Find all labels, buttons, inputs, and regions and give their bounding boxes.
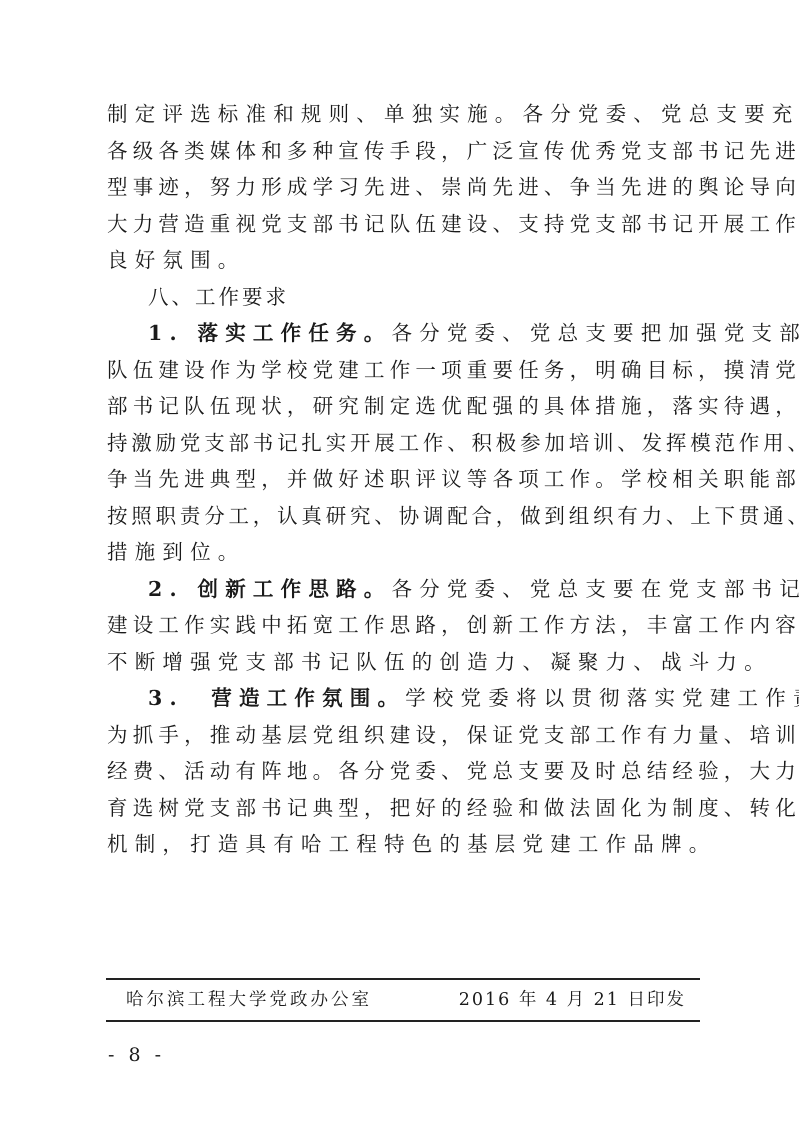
- footer-bottom-rule: [106, 1020, 700, 1022]
- item-1-text: 各分党委、党总支要把加强党支部书记: [391, 321, 799, 345]
- footer-row: 哈尔滨工程大学党政办公室 2016 年 4 月 21 日印发: [126, 984, 686, 1016]
- item-1-first-line: 1. 落实工作任务。各分党委、党总支要把加强党支部书记: [107, 315, 701, 352]
- footer-date: 2016 年 4 月 21 日印发: [459, 984, 686, 1016]
- page-number: - 8 -: [108, 1044, 165, 1066]
- item-3-number: 3.: [148, 686, 184, 710]
- footer-issuer: 哈尔滨工程大学党政办公室: [126, 984, 372, 1016]
- body-line: 部书记队伍现状，研究制定选优配强的具体措施，落实待遇，支: [107, 388, 701, 425]
- body-line: 育选树党支部书记典型，把好的经验和做法固化为制度、转化为: [107, 790, 701, 827]
- item-1-number: 1.: [148, 321, 184, 345]
- body-line: 按照职责分工，认真研究、协调配合，做到组织有力、上下贯通、: [107, 498, 701, 535]
- document-page: 制定评选标准和规则、单独实施。各分党委、党总支要充分利用 各级各类媒体和多种宣传…: [0, 0, 799, 1131]
- body-line: 措施到位。: [107, 534, 701, 571]
- body-line: 为抓手，推动基层党组织建设，保证党支部工作有力量、培训有: [107, 717, 701, 754]
- item-1-title: 落实工作任务。: [198, 321, 392, 345]
- item-3-text: 学校党委将以贯彻落实党建工作责任制: [405, 686, 799, 710]
- item-3-first-line: 3. 营造工作氛围。学校党委将以贯彻落实党建工作责任制: [107, 680, 701, 717]
- section-heading: 八、工作要求: [107, 279, 701, 316]
- body-line: 队伍建设作为学校党建工作一项重要任务，明确目标，摸清党支: [107, 352, 701, 389]
- body-line: 良好氛围。: [107, 242, 701, 279]
- body-line: 机制，打造具有哈工程特色的基层党建工作品牌。: [107, 826, 701, 863]
- footer-top-rule: [106, 978, 700, 980]
- body-line: 大力营造重视党支部书记队伍建设、支持党支部书记开展工作的: [107, 206, 701, 243]
- body-line: 各级各类媒体和多种宣传手段，广泛宣传优秀党支部书记先进典: [107, 133, 701, 170]
- item-2-text: 各分党委、党总支要在党支部书记队伍: [391, 577, 799, 601]
- item-2-first-line: 2. 创新工作思路。各分党委、党总支要在党支部书记队伍: [107, 571, 701, 608]
- body-line: 持激励党支部书记扎实开展工作、积极参加培训、发挥模范作用、: [107, 425, 701, 462]
- body-line: 经费、活动有阵地。各分党委、党总支要及时总结经验，大力培: [107, 753, 701, 790]
- item-2-title: 创新工作思路。: [198, 577, 392, 601]
- document-body: 制定评选标准和规则、单独实施。各分党委、党总支要充分利用 各级各类媒体和多种宣传…: [107, 96, 701, 863]
- item-3-title: 营造工作氛围。: [211, 686, 405, 710]
- body-line: 制定评选标准和规则、单独实施。各分党委、党总支要充分利用: [107, 96, 701, 133]
- body-line: 型事迹，努力形成学习先进、崇尚先进、争当先进的舆论导向，: [107, 169, 701, 206]
- body-line: 争当先进典型，并做好述职评议等各项工作。学校相关职能部门: [107, 461, 701, 498]
- item-2-number: 2.: [148, 577, 184, 601]
- body-line: 建设工作实践中拓宽工作思路，创新工作方法，丰富工作内容，: [107, 607, 701, 644]
- body-line: 不断增强党支部书记队伍的创造力、凝聚力、战斗力。: [107, 644, 701, 681]
